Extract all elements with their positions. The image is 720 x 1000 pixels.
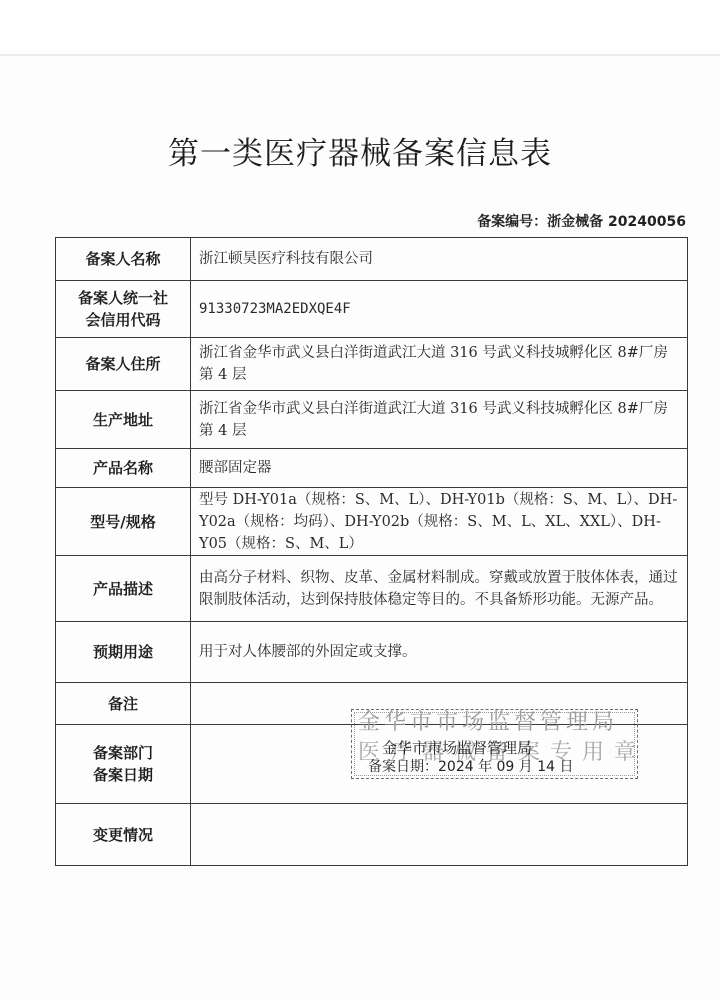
label-department-date: 备案部门 备案日期 [56,725,191,804]
record-number: 备案编号：浙金械备 20240056 [477,211,686,231]
value-production-address: 浙江省金华市武义县白洋街道武江大道 316 号武义科技城孵化区 8#厂房第 4 … [191,391,688,449]
official-seal-stamp: 金华市市场监督管理局 医疗器械备案专用章 金华市市场监督管理局 备案日期：202… [351,709,638,779]
info-table: 备案人名称 浙江顿昊医疗科技有限公司 备案人统一社 会信用代码 91330723… [55,237,688,866]
value-intended-use: 用于对人体腰部的外固定或支撑。 [191,622,688,683]
label-intended-use: 预期用途 [56,622,191,683]
table-row: 备案人名称 浙江顿昊医疗科技有限公司 [56,238,688,281]
table-row: 生产地址 浙江省金华市武义县白洋街道武江大道 316 号武义科技城孵化区 8#厂… [56,391,688,449]
label-credit-code: 备案人统一社 会信用代码 [56,281,191,338]
value-applicant-name: 浙江顿昊医疗科技有限公司 [191,238,688,281]
value-product-description: 由高分子材料、织物、皮革、金属材料制成。穿戴或放置于肢体体表，通过限制肢体活动，… [191,556,688,622]
value-applicant-address: 浙江省金华市武义县白洋街道武江大道 316 号武义科技城孵化区 8#厂房第 4 … [191,338,688,391]
filing-date: 备案日期：2024 年 09 月 14 日 [368,756,574,778]
top-margin [0,0,720,56]
label-credit-code-line1: 备案人统一社 [64,287,182,309]
label-date: 备案日期 [64,764,182,786]
value-changes [191,804,688,866]
table-row: 预期用途 用于对人体腰部的外固定或支撑。 [56,622,688,683]
label-model-spec: 型号/规格 [56,488,191,556]
document-title: 第一类医疗器械备案信息表 [0,128,720,173]
label-product-name: 产品名称 [56,449,191,488]
label-product-description: 产品描述 [56,556,191,622]
label-credit-code-line2: 会信用代码 [64,309,182,331]
label-applicant-address: 备案人住所 [56,338,191,391]
label-department: 备案部门 [64,742,182,764]
seal-top-text: 金华市市场监督管理局 [358,712,630,734]
label-changes: 变更情况 [56,804,191,866]
table-row: 备案部门 备案日期 金华市市场监督管理局 医疗器械备案专用章 金华市市场监督管理… [56,725,688,804]
label-remarks: 备注 [56,683,191,725]
value-product-name: 腰部固定器 [191,449,688,488]
table-row: 产品名称 腰部固定器 [56,449,688,488]
value-model-spec: 型号 DH-Y01a（规格：S、M、L）、DH-Y01b（规格：S、M、L）、D… [191,488,688,556]
label-production-address: 生产地址 [56,391,191,449]
table-row: 变更情况 [56,804,688,866]
table-row: 产品描述 由高分子材料、织物、皮革、金属材料制成。穿戴或放置于肢体体表，通过限制… [56,556,688,622]
table-row: 备案人统一社 会信用代码 91330723MA2EDXQE4F [56,281,688,338]
table-row: 备案人住所 浙江省金华市武义县白洋街道武江大道 316 号武义科技城孵化区 8#… [56,338,688,391]
label-applicant-name: 备案人名称 [56,238,191,281]
value-credit-code: 91330723MA2EDXQE4F [191,281,688,338]
table-row: 型号/规格 型号 DH-Y01a（规格：S、M、L）、DH-Y01b（规格：S、… [56,488,688,556]
value-department-date: 金华市市场监督管理局 医疗器械备案专用章 金华市市场监督管理局 备案日期：202… [191,725,688,804]
